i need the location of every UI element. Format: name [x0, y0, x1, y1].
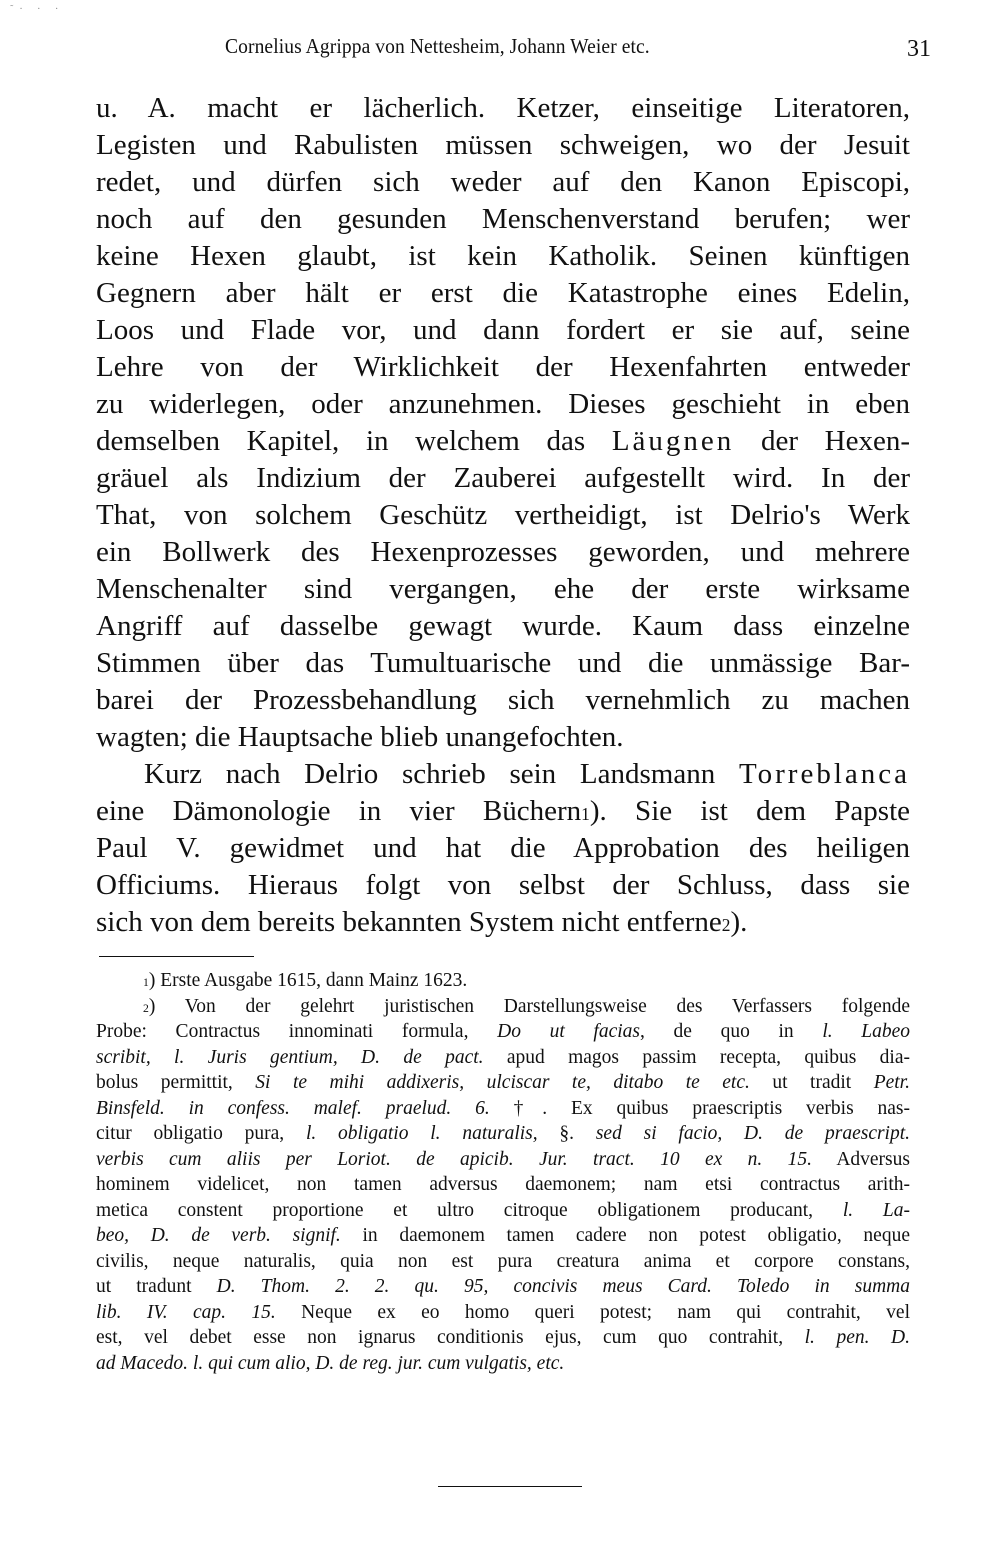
footnote-line: metica constent proportione et ultro cit…	[96, 1198, 910, 1224]
main-text: u. A. macht er lächerlich. Ketzer, einse…	[96, 90, 910, 941]
text-line: Kurz nach Delrio schrieb sein Landsmann …	[96, 756, 910, 793]
footnote-line: ut tradunt D. Thom. 2. 2. qu. 95, conciv…	[96, 1274, 910, 1300]
text-segment: Probe: Contractus innominati formula,	[96, 1021, 497, 1042]
text-segment: demselben Kapitel, in welchem das	[96, 425, 612, 457]
footnote-line: citur obligatio pura, l. obligatio l. na…	[96, 1121, 910, 1147]
text-line: Paul V. gewidmet und hat die Approbation…	[96, 830, 910, 867]
citation: beo, D. de verb. signif.	[96, 1225, 341, 1246]
footnote-ref-1[interactable]: 1	[581, 804, 590, 824]
text-segment: eine Dämonologie in vier Büchern	[96, 795, 581, 827]
citation: scribit, l. Juris gentium, D. de pact.	[96, 1047, 484, 1068]
scan-artifacts: ˜· · ·	[10, 4, 64, 15]
footnote-separator	[99, 956, 254, 957]
text-line: Angriff auf dasselbe gewagt wurde. Kaum …	[96, 608, 910, 645]
citation: l. obligatio l. naturalis,	[306, 1123, 538, 1144]
text-segment: †. Ex quibus praescriptis verbis nas-	[490, 1098, 910, 1119]
emphasized-term: Läugnen	[612, 425, 734, 457]
text-segment: citur obligatio pura,	[96, 1123, 306, 1144]
text-segment: Adversus	[812, 1149, 910, 1170]
text-segment: ut tradit	[750, 1072, 874, 1093]
text-line: sich von dem bereits bekannten System ni…	[96, 904, 910, 941]
footnote-2: 2) Von der gelehrt juristischen Darstell…	[96, 994, 910, 1020]
text-segment: Kurz nach Delrio schrieb sein Landsmann	[144, 758, 739, 790]
footnote-line: civilis, neque naturalis, quia non est p…	[96, 1249, 910, 1275]
text-line: Legisten und Rabulisten müssen schweigen…	[96, 127, 910, 164]
citation: Binsfeld. in confess. malef. praelud. 6.	[96, 1098, 490, 1119]
text-line: barei der Prozessbehandlung sich vernehm…	[96, 682, 910, 719]
text-line: ein Bollwerk des Hexenprozesses geworden…	[96, 534, 910, 571]
citation: Petr.	[874, 1072, 910, 1093]
footnote-line: hominem videlicet, non tamen adversus da…	[96, 1172, 910, 1198]
text-segment: metica constent proportione et ultro cit…	[96, 1200, 843, 1221]
citation: l. La-	[843, 1200, 910, 1221]
text-line: gräuel als Indizium der Zauberei aufgest…	[96, 460, 910, 497]
text-line: eine Dämonologie in vier Büchern1). Sie …	[96, 793, 910, 830]
emphasized-name: Torreblanca	[739, 758, 910, 790]
text-segment: , de quo in	[640, 1021, 822, 1042]
text-line: wagten; die Hauptsache blieb unangefocht…	[96, 719, 910, 756]
text-segment: sich von dem bereits bekannten System ni…	[96, 906, 722, 938]
text-segment: Neque ex eo homo queri potest; nam qui c…	[276, 1302, 910, 1323]
footnote-line: ad Macedo. l. qui cum alio, D. de reg. j…	[96, 1351, 910, 1377]
text-segment: ). Sie ist dem Papste	[590, 795, 910, 827]
end-rule	[438, 1486, 582, 1487]
text-line: Stimmen über das Tumultuarische und die …	[96, 645, 910, 682]
text-segment: ).	[730, 906, 747, 938]
page-header: Cornelius Agrippa von Nettesheim, Johann…	[0, 30, 1000, 64]
citation: lib. IV. cap. 15.	[96, 1302, 276, 1323]
text-segment: bolus permittit,	[96, 1072, 255, 1093]
text-line: That, von solchem Geschütz vertheidigt, …	[96, 497, 910, 534]
text-segment: in daemonem tamen cadere non potest obli…	[341, 1225, 910, 1246]
text-line: Gegnern aber hält er erst die Katastroph…	[96, 275, 910, 312]
running-head: Cornelius Agrippa von Nettesheim, Johann…	[225, 34, 650, 59]
footnote-1: 1) Erste Ausgabe 1615, dann Mainz 1623.	[96, 968, 910, 994]
footnote-line: Probe: Contractus innominati formula, Do…	[96, 1019, 910, 1045]
footnote-line: beo, D. de verb. signif. in daemonem tam…	[96, 1223, 910, 1249]
text-segment: ut tradunt	[96, 1276, 217, 1297]
footnote-line: est, vel debet esse non ignarus conditio…	[96, 1325, 910, 1351]
citation: l. Labeo	[822, 1021, 910, 1042]
text-line: Menschenalter sind vergangen, ehe der er…	[96, 571, 910, 608]
text-line: Loos und Flade vor, und dann fordert er …	[96, 312, 910, 349]
footnote-text: ) Von der gelehrt juristischen Darstellu…	[149, 996, 910, 1017]
text-line: demselben Kapitel, in welchem das Läugne…	[96, 423, 910, 460]
footnote-line: bolus permittit, Si te mihi addixeris, u…	[96, 1070, 910, 1096]
citation: D. Thom. 2. 2. qu. 95, concivis meus Car…	[217, 1276, 910, 1297]
text-line: Officiums. Hieraus folgt von selbst der …	[96, 867, 910, 904]
citation: sed si facio, D. de praescript.	[596, 1123, 910, 1144]
footnote-line: verbis cum aliis per Loriot. de apicib. …	[96, 1147, 910, 1173]
text-line: noch auf den gesunden Menschenverstand b…	[96, 201, 910, 238]
text-line: Lehre von der Wirklichkeit der Hexenfahr…	[96, 349, 910, 386]
text-segment: est, vel debet esse non ignarus conditio…	[96, 1327, 805, 1348]
text-segment: der Hexen-	[734, 425, 910, 457]
footnote-text: ) Erste Ausgabe 1615, dann Mainz 1623.	[149, 970, 467, 991]
text-line: keine Hexen glaubt, ist kein Katholik. S…	[96, 238, 910, 275]
footnote-line: Binsfeld. in confess. malef. praelud. 6.…	[96, 1096, 910, 1122]
page-number: 31	[907, 36, 931, 63]
text-segment: apud magos passim recepta, quibus dia-	[484, 1047, 910, 1068]
citation: ad Macedo. l. qui cum alio, D. de reg. j…	[96, 1353, 564, 1374]
citation: Si te mihi addixeris, ulciscar te, ditab…	[255, 1072, 750, 1093]
text-line: redet, und dürfen sich weder auf den Kan…	[96, 164, 910, 201]
text-line: u. A. macht er lächerlich. Ketzer, einse…	[96, 90, 910, 127]
citation: l. pen. D.	[805, 1327, 910, 1348]
text-segment: §.	[538, 1123, 596, 1144]
footnotes: 1) Erste Ausgabe 1615, dann Mainz 1623. …	[96, 968, 910, 1376]
citation: verbis cum aliis per Loriot. de apicib. …	[96, 1149, 812, 1170]
citation: Do ut facias	[497, 1021, 640, 1042]
footnote-line: scribit, l. Juris gentium, D. de pact. a…	[96, 1045, 910, 1071]
text-line: zu widerlegen, oder anzunehmen. Dieses g…	[96, 386, 910, 423]
footnote-line: lib. IV. cap. 15. Neque ex eo homo queri…	[96, 1300, 910, 1326]
